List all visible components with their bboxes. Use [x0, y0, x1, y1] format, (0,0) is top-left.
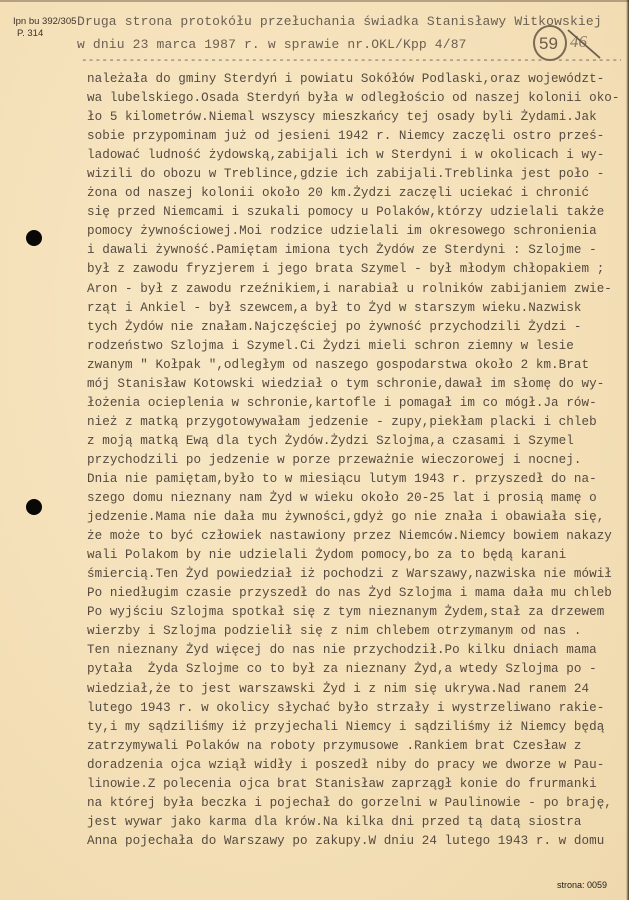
typed-line: Po wyjściu Szlojma spotkał się z tym nie… [87, 603, 629, 622]
typed-line: się przed Niemcami i szukali pomocy u Po… [87, 203, 629, 222]
typed-line: Po niedługim czasie przyszedł do nas Żyd… [87, 584, 629, 603]
typed-line: na której była beczka i pojechał do gorz… [87, 794, 629, 813]
typed-line: Aron - był z zawodu rzeźnikiem,i narabia… [87, 280, 629, 299]
archive-reference-page: P. 314 [13, 28, 76, 40]
typed-line: rząt i Ankiel - był szewcem,a był to Żyd… [87, 299, 629, 318]
header-case-line: w dniu 23 marca 1987 r. w sprawie nr.OKL… [77, 33, 577, 56]
punch-hole-top [26, 230, 42, 246]
typed-line: linowie.Z polecenia ojca brat Stanisław … [87, 775, 629, 794]
typed-line: ty,i my sądziliśmy iż przyjechali Niemcy… [87, 718, 629, 737]
typed-line: wierzby i Szlojma podzielił się z nim ch… [87, 622, 629, 641]
archive-reference-signature: Ipn bu 392/305 [13, 16, 76, 28]
typed-line: doradzenia ojca wziął widły i poszedł ni… [87, 756, 629, 775]
typed-line: Anna pojechała do Warszawy po zakupy.W d… [87, 832, 629, 851]
typed-line: tych Żydów nie znałam.Najczęściej po żyw… [87, 318, 629, 337]
typed-line: i dawali żywność.Pamiętam imiona tych Ży… [87, 241, 629, 260]
typed-line: jest wywar jako karma dla krów.Na kilka … [87, 813, 629, 832]
typed-line: wiedział,że to jest warszawski Żyd i z n… [87, 680, 629, 699]
typed-line: wa lubelskiego.Osada Sterdyń była w odle… [87, 89, 629, 108]
typed-line: łożenia ocieplenia w schronie,kartofle i… [87, 394, 629, 413]
typed-line: zwanym " Kołpak ",odległym od naszego go… [87, 356, 629, 375]
archive-reference: Ipn bu 392/305 P. 314 [13, 16, 76, 40]
document-header: Druga strona protokółu przełuchania świa… [77, 10, 577, 56]
typed-line: nież z matką przygotowywałam jedzenie - … [87, 413, 629, 432]
page-number-label: strona: 0059 [557, 880, 607, 890]
typed-line: przychodzili po jedzenie w porze przeważ… [87, 451, 629, 470]
document-page: Ipn bu 392/305 P. 314 Druga strona proto… [0, 0, 629, 900]
typed-line: wali Polakom by nie udzielali Żydom pomo… [87, 546, 629, 565]
typed-line: szego domu nieznany nam Żyd w wieku okoł… [87, 489, 629, 508]
typed-line: żona od naszej kolonii około 20 km.Żydzi… [87, 184, 629, 203]
testimony-body: należała do gminy Sterdyń i powiatu Sokó… [87, 70, 629, 851]
punch-hole-bottom [26, 499, 42, 515]
typed-line: sobie przypominam już od jesieni 1942 r.… [87, 127, 629, 146]
typed-line: rodzeństwo Szlojma i Szymel.Ci Żydzi mie… [87, 337, 629, 356]
handwritten-page-mark: 59 46 [530, 22, 625, 62]
typed-line: ladować ludność żydowską,zabijali ich w … [87, 146, 629, 165]
typed-line: pytała Żyda Szlojme co to był za nieznan… [87, 660, 629, 679]
typed-line: Dnia nie pamiętam,było to w miesiącu lut… [87, 470, 629, 489]
typed-line: lutego 1943 r. w okolicy słychać było st… [87, 699, 629, 718]
typed-line: że może to być człowiek nastawiony przez… [87, 527, 629, 546]
typed-line: był z zawodu fryzjerem i jego brata Szym… [87, 260, 629, 279]
typed-line: śmiercią.Ten Żyd powiedział iż pochodzi … [87, 565, 629, 584]
typed-line: należała do gminy Sterdyń i powiatu Sokó… [87, 70, 629, 89]
typed-line: mój Stanisław Kotowski wiedział o tym sc… [87, 375, 629, 394]
typed-line: z moją matką Ewą dla tych Żydów.Żydzi Sz… [87, 432, 629, 451]
typed-line: zatrzymywali Polaków na roboty przymusow… [87, 737, 629, 756]
header-title-line: Druga strona protokółu przełuchania świa… [77, 10, 577, 33]
typed-line: wizili do obozu w Treblince,gdzie ich za… [87, 165, 629, 184]
circled-page-number: 59 [539, 34, 558, 53]
typed-line: ło 5 kilometrów.Niemal wszyscy mieszkańc… [87, 108, 629, 127]
typed-line: jedzenie.Mama nie dała mu żywności,gdyż … [87, 508, 629, 527]
typed-line: pomocy żywnościowej.Moi rodzice udzielal… [87, 222, 629, 241]
typed-line: Ten nieznany Żyd więcej do nas nie przyc… [87, 641, 629, 660]
